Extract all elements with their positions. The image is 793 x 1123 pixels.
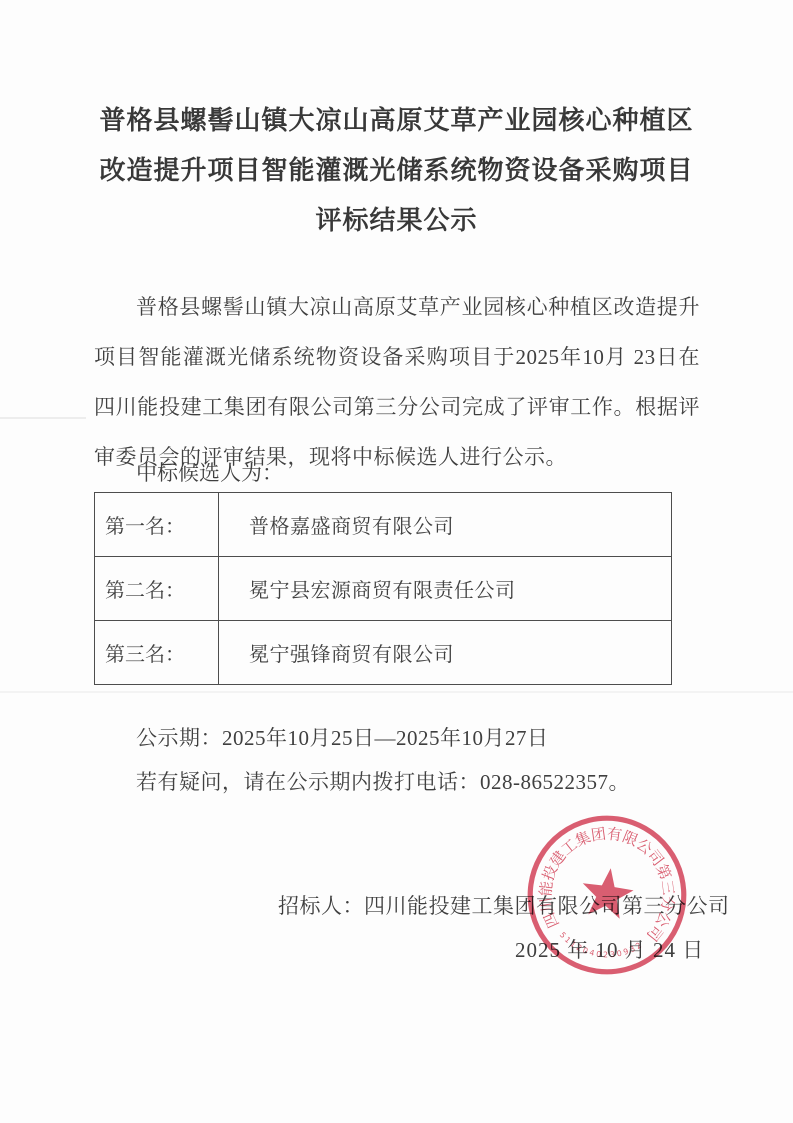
table-row: 第三名： 冕宁强锋商贸有限公司	[95, 621, 672, 685]
document-title: 普格县螺髻山镇大凉山高原艾草产业园核心种植区 改造提升项目智能灌溉光储系统物资设…	[50, 96, 743, 246]
rank-cell: 第一名：	[95, 493, 219, 557]
seal-company-text: 四川能投建工集团有限公司第三分公司	[532, 817, 685, 948]
title-line-2: 改造提升项目智能灌溉光储系统物资设备采购项目	[50, 146, 743, 196]
title-line-3: 评标结果公示	[50, 196, 743, 246]
candidates-intro: 中标候选人为：	[94, 456, 700, 490]
company-cell: 普格嘉盛商贸有限公司	[219, 493, 672, 557]
signature-date: 2025 年 10 月 24 日	[515, 934, 704, 964]
scan-artifact-line	[0, 417, 86, 419]
table-row: 第二名： 冕宁县宏源商贸有限责任公司	[95, 557, 672, 621]
issuer-line: 招标人：四川能投建工集团有限公司第三分公司	[278, 890, 730, 920]
candidates-table: 第一名： 普格嘉盛商贸有限公司 第二名： 冕宁县宏源商贸有限责任公司 第三名： …	[94, 492, 672, 685]
rank-cell: 第三名：	[95, 621, 219, 685]
document-page: 普格县螺髻山镇大凉山高原艾草产业园核心种植区 改造提升项目智能灌溉光储系统物资设…	[0, 0, 793, 1123]
company-cell: 冕宁县宏源商贸有限责任公司	[219, 557, 672, 621]
scan-artifact-line	[0, 691, 793, 693]
body-paragraph: 普格县螺髻山镇大凉山高原艾草产业园核心种植区改造提升项目智能灌溉光储系统物资设备…	[94, 282, 700, 482]
rank-cell: 第二名：	[95, 557, 219, 621]
contact-phone-line: 若有疑问，请在公示期内拨打电话：028-86522357。	[94, 766, 734, 796]
title-line-1: 普格县螺髻山镇大凉山高原艾草产业园核心种植区	[50, 96, 743, 146]
publicity-period: 公示期：2025年10月25日—2025年10月27日	[94, 722, 734, 752]
table-row: 第一名： 普格嘉盛商贸有限公司	[95, 493, 672, 557]
company-cell: 冕宁强锋商贸有限公司	[219, 621, 672, 685]
